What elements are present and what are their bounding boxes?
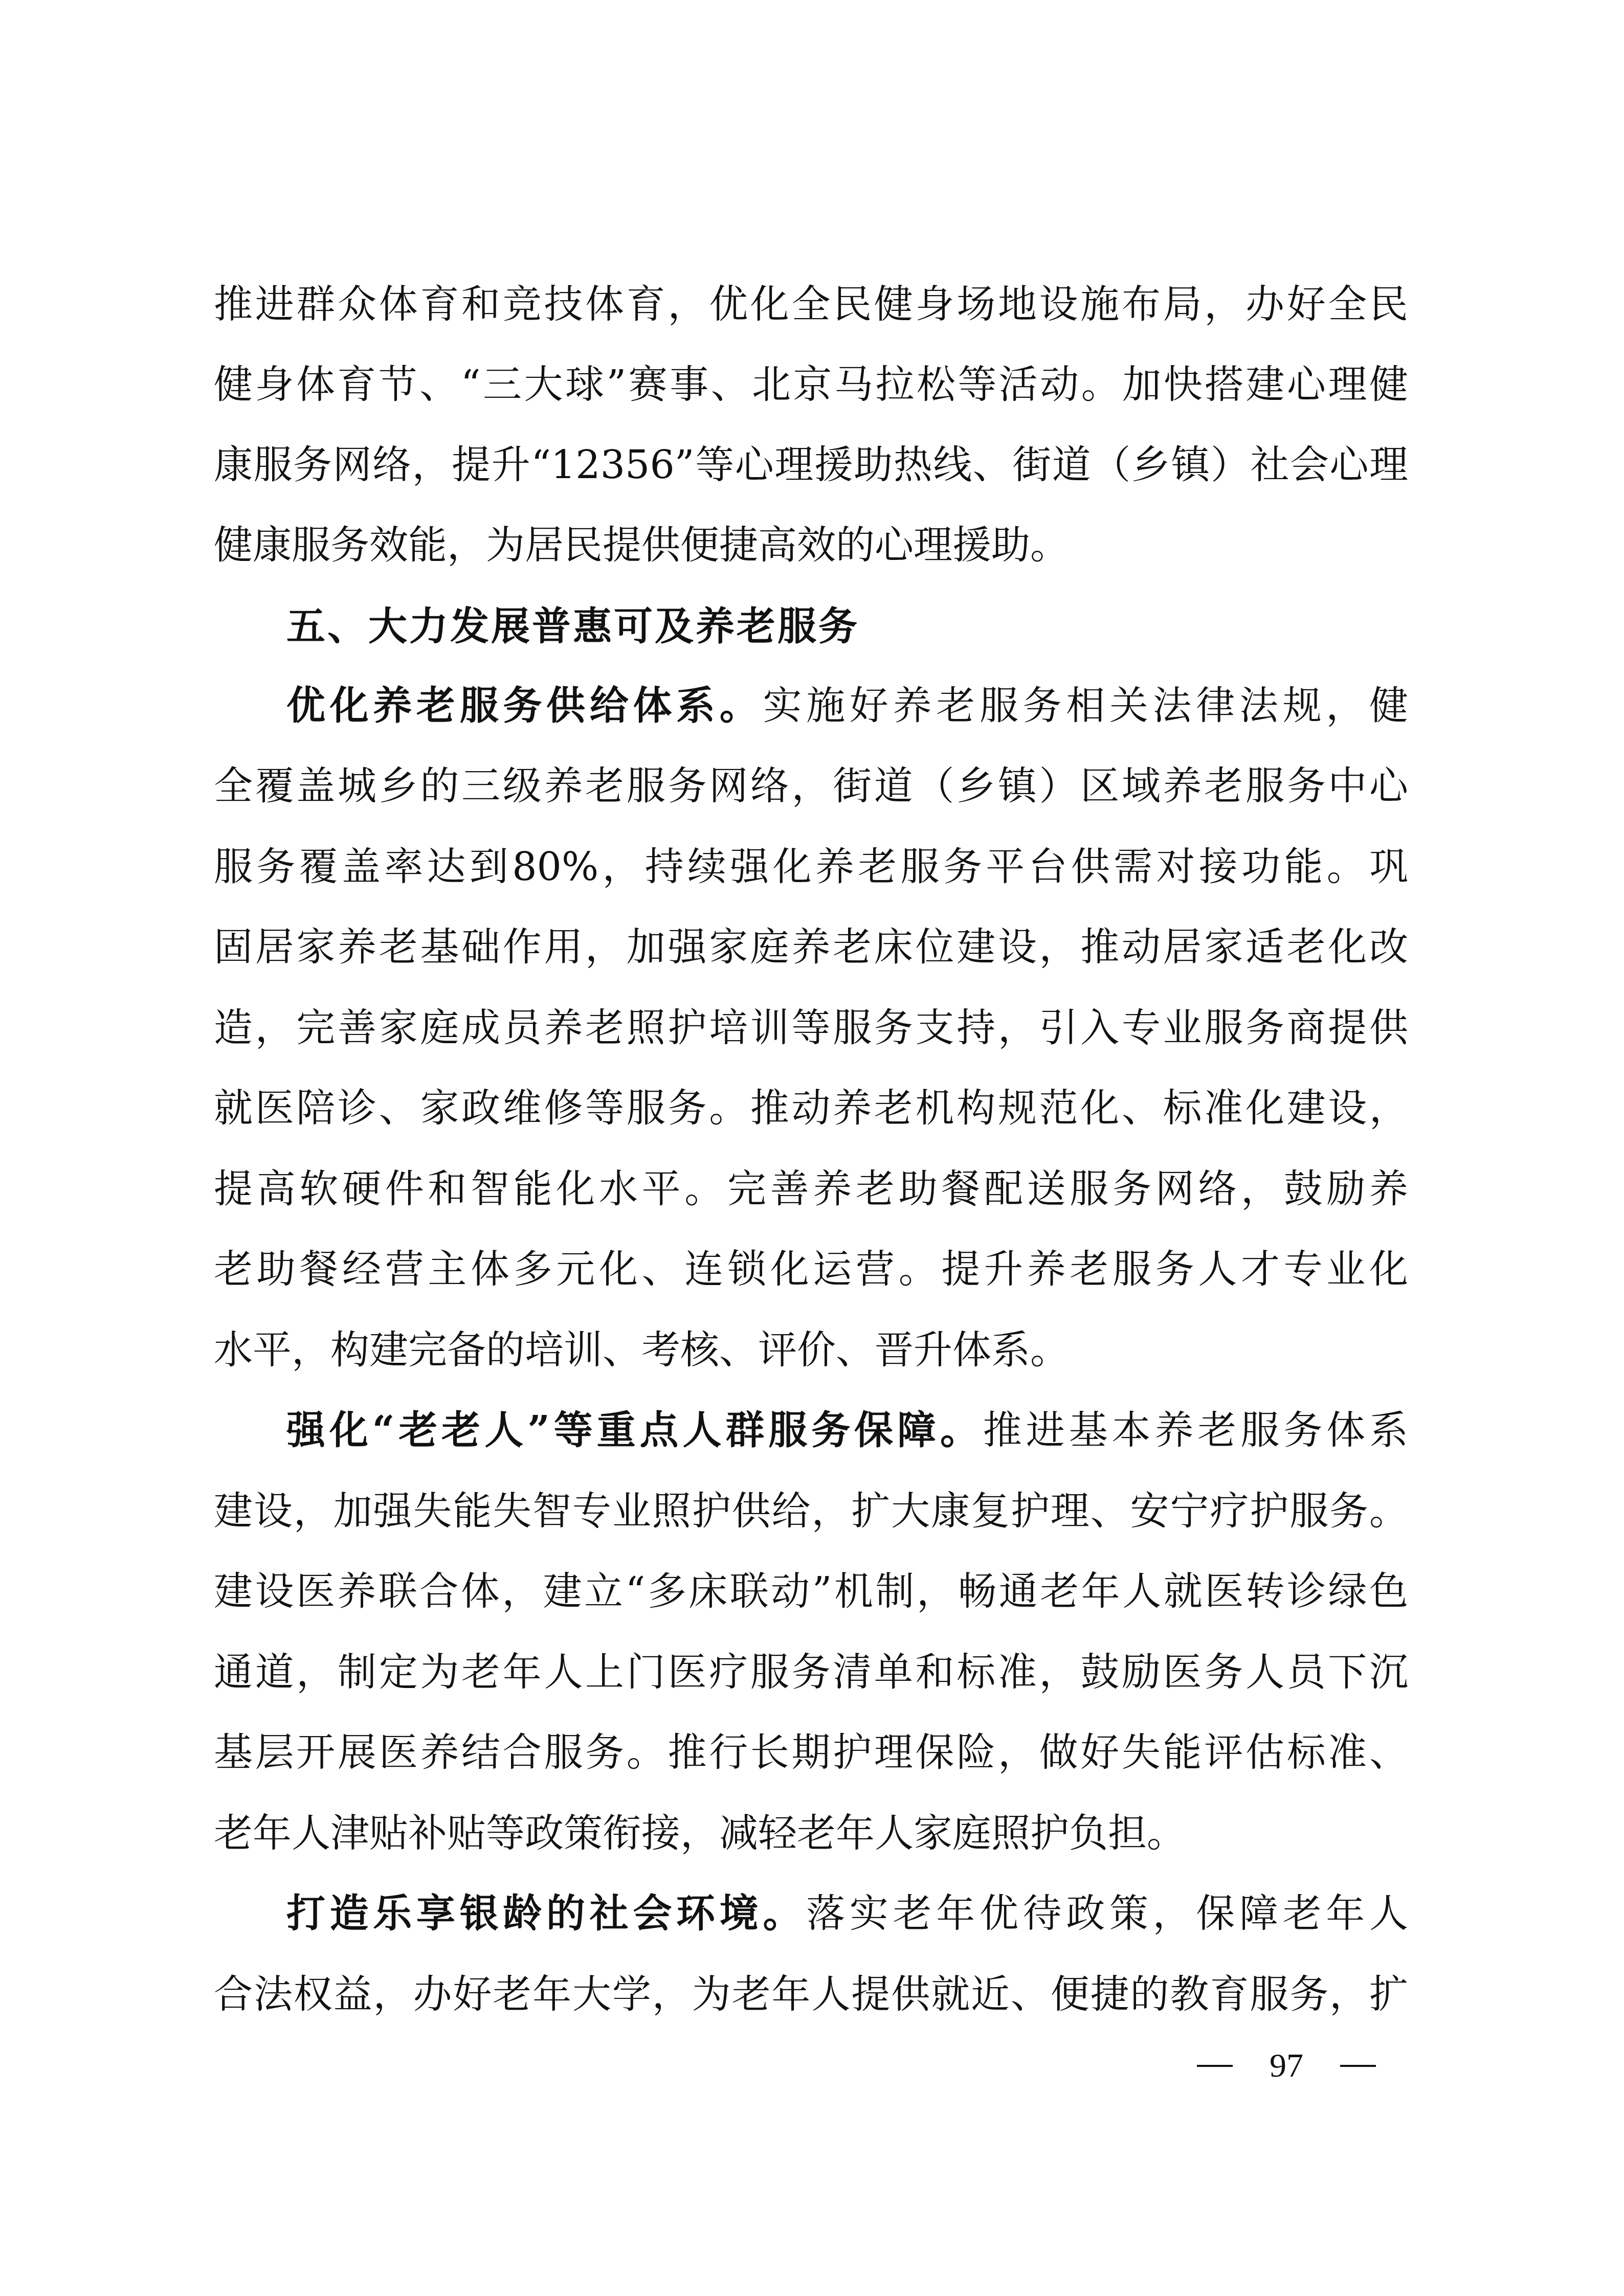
text-line: 老助餐经营主体多元化、连锁化运营。提升养老服务人才专业化 <box>214 1241 1408 1297</box>
paragraph-first-line: 强化“老老人”等重点人群服务保障。推进基本养老服务体系 <box>286 1402 1408 1458</box>
text-line: 固居家养老基础作用，加强家庭养老床位建设，推动居家适老化改 <box>214 919 1408 975</box>
section-heading: 五、大力发展普惠可及养老服务 <box>286 598 1408 655</box>
text-line: 健身体育节、“三大球”赛事、北京马拉松等活动。加快搭建心理健 <box>214 356 1408 413</box>
text-line: 服务覆盖率达到80%，持续强化养老服务平台供需对接功能。巩 <box>214 839 1408 895</box>
text-line: 造，完善家庭成员养老照护培训等服务支持，引入专业服务商提供 <box>214 1000 1408 1056</box>
paragraph-lead: 打造乐享银龄的社会环境。 <box>286 1890 806 1936</box>
text-line: 提高软硬件和智能化水平。完善养老助餐配送服务网络，鼓励养 <box>214 1161 1408 1217</box>
text-line: 建设，加强失能失智专业照护供给，扩大康复护理、安宁疗护服务。 <box>214 1483 1408 1539</box>
text-line: 全覆盖城乡的三级养老服务网络，街道（乡镇）区域养老服务中心 <box>214 758 1408 814</box>
dash-right <box>1340 2065 1376 2067</box>
text-line: 健康服务效能，为居民提供便捷高效的心理援助。 <box>214 517 1408 573</box>
text-line: 推进群众体育和竞技体育，优化全民健身场地设施布局，办好全民 <box>214 276 1408 332</box>
paragraph-lead: 优化养老服务供给体系。 <box>286 683 763 728</box>
paragraph-text: 实施好养老服务相关法律法规，健 <box>763 683 1408 728</box>
text-line: 就医陪诊、家政维修等服务。推动养老机构规范化、标准化建设， <box>214 1080 1408 1136</box>
page-number: 97 <box>1197 2040 1376 2091</box>
document-page: 推进群众体育和竞技体育，优化全民健身场地设施布局，办好全民 健身体育节、“三大球… <box>0 0 1624 2296</box>
paragraph-first-line: 优化养老服务供给体系。实施好养老服务相关法律法规，健 <box>286 678 1408 734</box>
text-line: 合法权益，办好老年大学，为老年人提供就近、便捷的教育服务，扩 <box>214 1966 1408 2022</box>
paragraph-lead: 强化“老老人”等重点人群服务保障。 <box>286 1407 983 1453</box>
text-line: 水平，构建完备的培训、考核、评价、晋升体系。 <box>214 1322 1408 1378</box>
text-line: 老年人津贴补贴等政策衔接，减轻老年人家庭照护负担。 <box>214 1805 1408 1861</box>
text-line: 建设医养联合体，建立“多床联动”机制，畅通老年人就医转诊绿色 <box>214 1563 1408 1619</box>
text-line: 通道，制定为老年人上门医疗服务清单和标准，鼓励医务人员下沉 <box>214 1644 1408 1700</box>
text-line: 基层开展医养结合服务。推行长期护理保险，做好失能评估标准、 <box>214 1724 1408 1781</box>
paragraph-first-line: 打造乐享银龄的社会环境。落实老年优待政策，保障老年人 <box>286 1885 1408 1942</box>
paragraph-text: 落实老年优待政策，保障老年人 <box>806 1890 1408 1936</box>
text-line: 康服务网络，提升“12356”等心理援助热线、街道（乡镇）社会心理 <box>214 437 1408 493</box>
dash-left <box>1197 2065 1233 2067</box>
paragraph-text: 推进基本养老服务体系 <box>983 1407 1408 1453</box>
page-number-value: 97 <box>1270 2046 1303 2085</box>
